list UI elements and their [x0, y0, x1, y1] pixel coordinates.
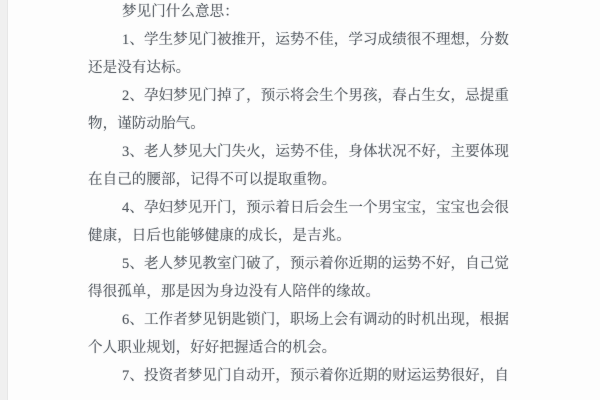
- text-line: 在自己的腰部，记得不可以提取重物。: [88, 166, 528, 194]
- text-line: 4、孕妇梦见开门，预示着日后会生一个男宝宝，宝宝也会很: [88, 194, 528, 222]
- text-line: 还是没有达标。: [88, 54, 528, 82]
- article-body: 梦见门什么意思： 1、学生梦见门被推开，运势不佳，学习成绩很不理想，分数 还是没…: [88, 0, 528, 390]
- text-line: 6、工作者梦见钥匙锁门，职场上会有调动的时机出现，根据: [88, 306, 528, 334]
- text-line: 物，谨防动胎气。: [88, 110, 528, 138]
- text-line: 3、老人梦见大门失火，运势不佳，身体状况不好，主要体现: [88, 138, 528, 166]
- text-line: 2、孕妇梦见门掉了，预示将会生个男孩，春占生女，忌提重: [88, 82, 528, 110]
- document-page: 梦见门什么意思： 1、学生梦见门被推开，运势不佳，学习成绩很不理想，分数 还是没…: [0, 0, 600, 400]
- text-line: 7、投资者梦见门自动开，预示着你近期的财运运势很好，自: [88, 362, 528, 390]
- article-title: 梦见门什么意思：: [88, 0, 528, 26]
- text-line: 健康，日后也能够健康的成长，是吉兆。: [88, 222, 528, 250]
- text-line: 得很孤单，那是因为身边没有人陪伴的缘故。: [88, 278, 528, 306]
- text-line: 个人职业规划，好好把握适合的机会。: [88, 334, 528, 362]
- text-line: 1、学生梦见门被推开，运势不佳，学习成绩很不理想，分数: [88, 26, 528, 54]
- text-line: 5、老人梦见教室门破了，预示着你近期的运势不好，自己觉: [88, 250, 528, 278]
- page-edge-strip: [0, 0, 8, 400]
